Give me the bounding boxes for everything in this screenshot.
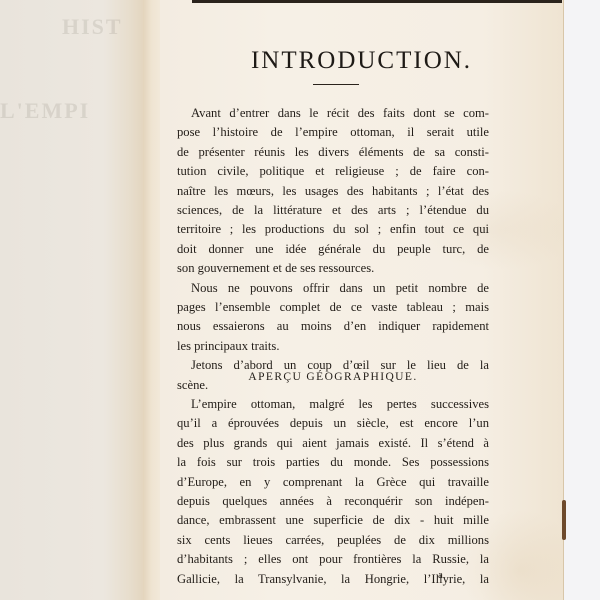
text-line: Avant d’entrer dans le récit des faits d… bbox=[177, 104, 489, 123]
paragraph-2: Nous ne pouvons offrir dans un petit nom… bbox=[177, 279, 489, 357]
text-line: nous essaierons au moins d’en indiquer r… bbox=[177, 317, 489, 336]
left-page: HIST L'EMPI bbox=[0, 0, 148, 600]
text-line: la fois sur trois parties du monde. Ses … bbox=[177, 453, 489, 472]
header-rule bbox=[192, 0, 562, 3]
paragraph-4: L’empire ottoman, malgré les pertes succ… bbox=[177, 395, 489, 589]
text-line: dance, embrassent une superficie de dix … bbox=[177, 511, 489, 530]
text-line: qu’il a éprouvées depuis un siècle, est … bbox=[177, 414, 489, 433]
text-line: pages l’ensemble complet de ce vaste tab… bbox=[177, 298, 489, 317]
left-page-bleed-text: L'EMPI bbox=[0, 98, 90, 124]
text-line: sciences, de la littérature et des arts … bbox=[177, 201, 489, 220]
signature-mark: a bbox=[438, 569, 443, 581]
text-line: L’empire ottoman, malgré les pertes succ… bbox=[177, 395, 489, 414]
text-line: tution civile, politique et religieuse ;… bbox=[177, 162, 489, 181]
text-line: d’habitants ; elles ont pour frontières … bbox=[177, 550, 489, 569]
text-line: son gouvernement et de ses ressources. bbox=[177, 259, 489, 278]
text-line: six cents lieues carrées, peuplées de di… bbox=[177, 531, 489, 550]
text-line: les principaux traits. bbox=[177, 337, 489, 356]
left-page-bleed-text: HIST bbox=[62, 14, 123, 40]
text-line: doit donner une idée générale du peuple … bbox=[177, 240, 489, 259]
text-line: depuis quelques années à reconquérir son… bbox=[177, 492, 489, 511]
right-page: INTRODUCTION. Avant d’entrer dans le réc… bbox=[160, 0, 564, 600]
intro-text: Avant d’entrer dans le récit des faits d… bbox=[177, 104, 489, 395]
paragraph-1: Avant d’entrer dans le récit des faits d… bbox=[177, 104, 489, 279]
text-line: pose l’histoire de l’empire ottoman, il … bbox=[177, 123, 489, 142]
text-line: Nous ne pouvons offrir dans un petit nom… bbox=[177, 279, 489, 298]
text-line: naître les mœurs, les usages des habitan… bbox=[177, 182, 489, 201]
section-heading: APERÇU GÉOGRAPHIQUE. bbox=[160, 371, 506, 383]
edge-stain bbox=[562, 500, 566, 540]
text-line: de présenter réunis les divers éléments … bbox=[177, 143, 489, 162]
section-text: L’empire ottoman, malgré les pertes succ… bbox=[177, 395, 489, 589]
title-divider bbox=[313, 84, 359, 85]
page-title: INTRODUCTION. bbox=[160, 47, 563, 75]
text-line: d’Europe, en y comprenant la Grèce qui t… bbox=[177, 473, 489, 492]
text-line: territoire ; les productions du sol ; en… bbox=[177, 220, 489, 239]
text-line: des plus grands qui aient jamais existé.… bbox=[177, 434, 489, 453]
